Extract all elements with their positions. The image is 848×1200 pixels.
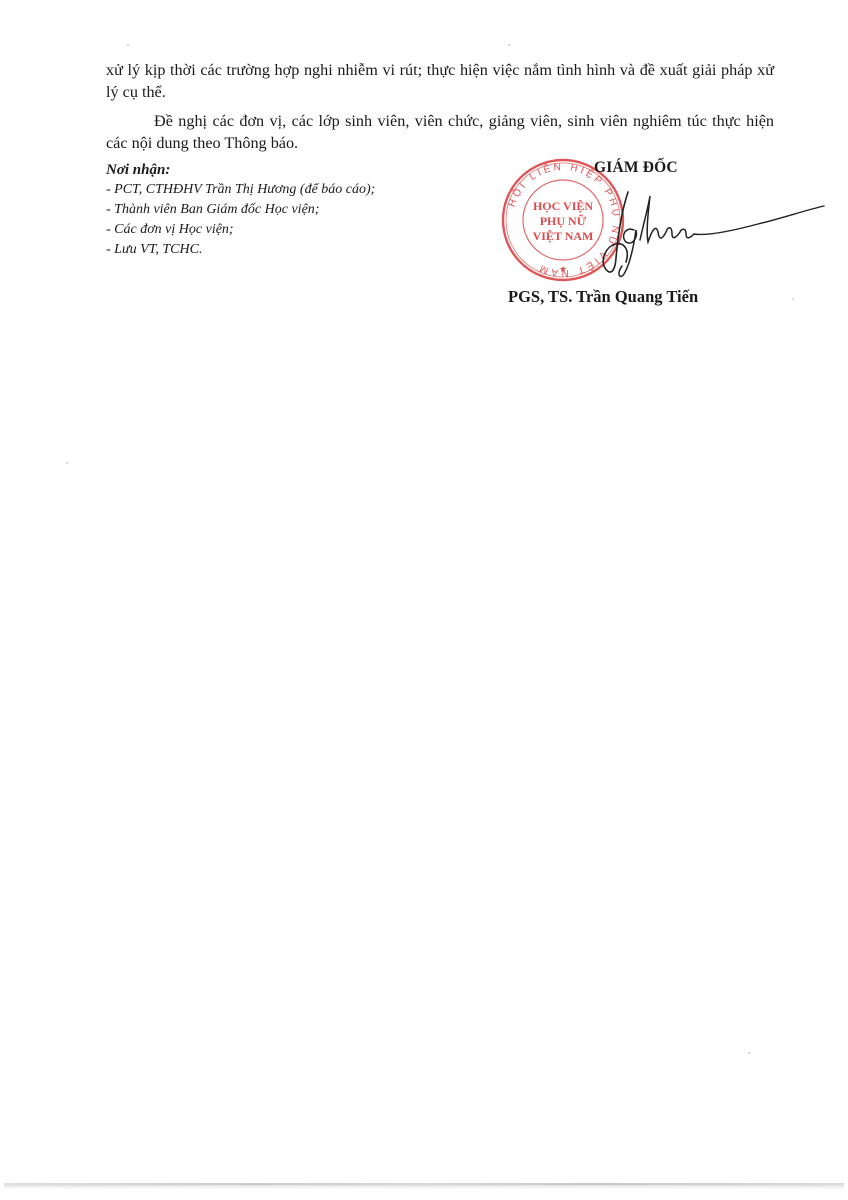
svg-text:VIỆT NAM: VIỆT NAM (533, 229, 594, 243)
scan-speck (127, 44, 129, 46)
scan-speck (748, 1052, 750, 1054)
svg-text:★: ★ (559, 265, 567, 275)
svg-text:HỌC VIỆN: HỌC VIỆN (533, 199, 593, 213)
svg-text:PHỤ NỮ: PHỤ NỮ (540, 214, 587, 228)
signer-name: PGS, TS. Trần Quang Tiến (508, 287, 698, 307)
document-page: xử lý kịp thời các trường hợp nghi nhiễm… (0, 0, 848, 1200)
recipient-item: - Thành viên Ban Giám đốc Học viện; (106, 200, 486, 220)
handwritten-signature-icon (588, 180, 828, 280)
recipients-block: Nơi nhận: - PCT, CTHĐHV Trần Thị Hương (… (106, 160, 486, 260)
recipient-item: - PCT, CTHĐHV Trần Thị Hương (để báo cáo… (106, 180, 486, 200)
scan-edge-shadow (4, 1185, 844, 1189)
scan-edge-artifact (4, 1178, 844, 1190)
body-paragraph-request: Đề nghị các đơn vị, các lớp sinh viên, v… (106, 110, 774, 154)
signer-position: GIÁM ĐỐC (594, 159, 678, 177)
body-paragraph-continuation: xử lý kịp thời các trường hợp nghi nhiễm… (106, 59, 774, 103)
recipient-item: - Các đơn vị Học viện; (106, 220, 486, 240)
scan-speck (508, 44, 510, 46)
recipient-item: - Lưu VT, TCHC. (106, 240, 486, 260)
scan-speck (66, 462, 68, 464)
signature-block: HỘI LIÊN HIỆP PHỤ NỮ VIỆT NAM HỌC VIỆN P… (498, 155, 828, 315)
recipients-title: Nơi nhận: (106, 160, 486, 180)
